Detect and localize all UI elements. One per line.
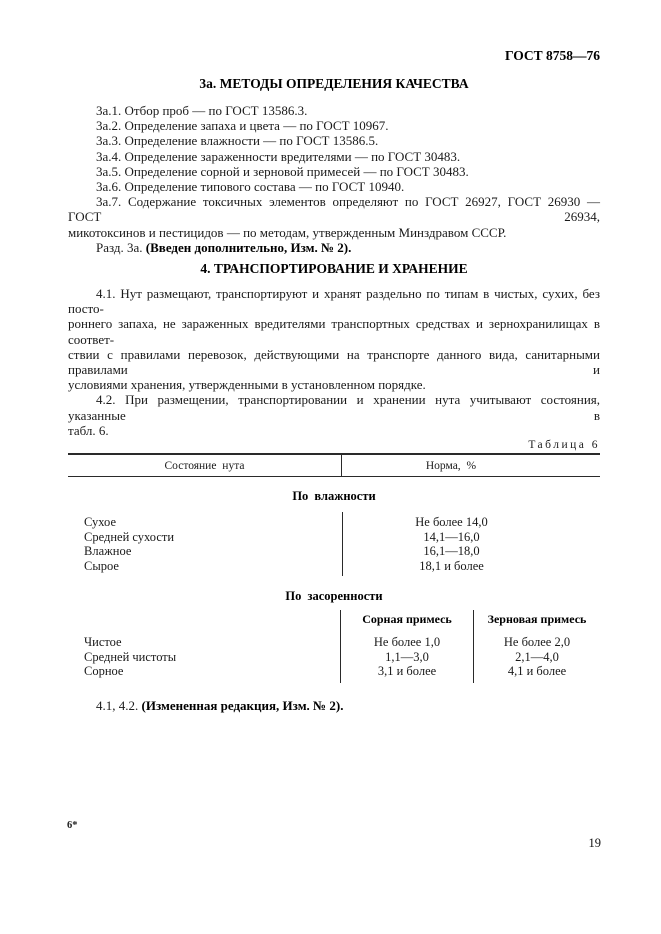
subtitle-contamination: По засоренности: [68, 589, 600, 603]
moisture-rows: Сухое Средней сухости Влажное Сырое Не б…: [68, 512, 600, 576]
moisture-state-medium: Средней сухости: [84, 530, 342, 545]
moisture-norm-column: Не более 14,0 14,1—16,0 16,1—18,0 18,1 и…: [342, 512, 600, 576]
clause-razd-3a: Разд. 3а. (Введен дополнительно, Изм. № …: [68, 240, 600, 255]
paragraph-4-1-line-2: роннего запаха, не зараженных вредителям…: [68, 316, 600, 346]
moisture-state-wet: Сырое: [84, 559, 342, 574]
weed-value-weedy: 3,1 и более: [341, 664, 473, 679]
paragraph-4-2: 4.2. При размещении, транспортировании и…: [68, 392, 600, 438]
table-header-row: Состояние нута Норма, %: [68, 453, 600, 477]
clause-3a-4: 3а.4. Определение зараженности вредителя…: [68, 149, 600, 164]
grain-value-weedy: 4,1 и более: [474, 664, 600, 679]
section-3a-title: 3а. МЕТОДЫ ОПРЕДЕЛЕНИЯ КАЧЕСТВА: [68, 76, 600, 91]
grain-value-medium: 2,1—4,0: [474, 650, 600, 665]
table-caption: Таблица 6: [68, 439, 600, 452]
clause-amendment-4-1-4-2: 4.1, 4.2. (Измененная редакция, Изм. № 2…: [68, 698, 600, 713]
weed-value-medium: 1,1—3,0: [341, 650, 473, 665]
razd-amendment-note: (Введен дополнительно, Изм. № 2).: [146, 240, 352, 255]
grain-admixture-column: Зерновая примесь Не более 2,0 2,1—4,0 4,…: [473, 610, 600, 683]
weed-admixture-column: Сорная примесь Не более 1,0 1,1—3,0 3,1 …: [340, 610, 473, 683]
clause-3a-5: 3а.5. Определение сорной и зерновой прим…: [68, 164, 600, 179]
contamination-state-clean: Чистое: [84, 635, 340, 650]
clause-3a-3: 3а.3. Определение влажности — по ГОСТ 13…: [68, 133, 600, 148]
doc-reference: ГОСТ 8758—76: [68, 48, 600, 63]
moisture-norm-moist: 16,1—18,0: [343, 544, 560, 559]
page-content: ГОСТ 8758—76 3а. МЕТОДЫ ОПРЕДЕЛЕНИЯ КАЧЕ…: [68, 0, 600, 713]
paragraph-4-2-line-1: 4.2. При размещении, транспортировании и…: [68, 392, 600, 422]
moisture-norm-wet: 18,1 и более: [343, 559, 560, 574]
paragraph-4-1: 4.1. Нут размещают, транспортируют и хра…: [68, 286, 600, 392]
grain-value-clean: Не более 2,0: [474, 635, 600, 650]
clause-3a-2: 3а.2. Определение запаха и цвета — по ГО…: [68, 118, 600, 133]
weed-value-clean: Не более 1,0: [341, 635, 473, 650]
contamination-state-column: Чистое Средней чистоты Сорное: [68, 610, 340, 683]
section-3a-body: 3а.1. Отбор проб — по ГОСТ 13586.3. 3а.2…: [68, 103, 600, 255]
column-header-weed-admixture: Сорная примесь: [341, 612, 473, 627]
clause-3a-7: 3а.7. Содержание токсичных элементов опр…: [68, 194, 600, 240]
moisture-norm-dry: Не более 14,0: [343, 515, 560, 530]
paragraph-4-1-line-3: ствии с правилами перевозок, действующим…: [68, 347, 600, 377]
column-header-state: Состояние нута: [68, 455, 342, 476]
clause-3a-7-line-1: 3а.7. Содержание токсичных элементов опр…: [68, 194, 600, 224]
signature-mark: 6*: [67, 820, 78, 831]
clause-3a-7-line-2: микотоксинов и пестицидов — по методам, …: [68, 225, 600, 240]
document-page: ГОСТ 8758—76 3а. МЕТОДЫ ОПРЕДЕЛЕНИЯ КАЧЕ…: [0, 0, 661, 934]
column-header-norm: Норма, %: [342, 455, 600, 476]
moisture-state-dry: Сухое: [84, 515, 342, 530]
contamination-state-medium: Средней чистоты: [84, 650, 340, 665]
moisture-norm-medium: 14,1—16,0: [343, 530, 560, 545]
contamination-state-weedy: Сорное: [84, 664, 340, 679]
clause-3a-1: 3а.1. Отбор проб — по ГОСТ 13586.3.: [68, 103, 600, 118]
amendment-prefix: 4.1, 4.2.: [96, 698, 142, 713]
moisture-state-moist: Влажное: [84, 544, 342, 559]
contamination-block: Чистое Средней чистоты Сорное Сорная при…: [68, 610, 600, 683]
clause-3a-6: 3а.6. Определение типового состава — по …: [68, 179, 600, 194]
paragraph-4-1-line-4: условиями хранения, утвержденными в уста…: [68, 377, 600, 392]
section-4-title: 4. ТРАНСПОРТИРОВАНИЕ И ХРАНЕНИЕ: [68, 261, 600, 276]
moisture-state-column: Сухое Средней сухости Влажное Сырое: [68, 512, 342, 576]
page-number: 19: [589, 836, 602, 851]
column-header-grain-admixture: Зерновая примесь: [474, 612, 600, 627]
amendment-note: (Измененная редакция, Изм. № 2).: [142, 698, 344, 713]
razd-prefix: Разд. 3а.: [96, 240, 146, 255]
subtitle-moisture: По влажности: [68, 489, 600, 503]
paragraph-4-1-line-1: 4.1. Нут размещают, транспортируют и хра…: [68, 286, 600, 316]
paragraph-4-2-line-2: табл. 6.: [68, 423, 600, 438]
table-6: Состояние нута Норма, % По влажности Сух…: [68, 453, 600, 683]
contamination-state-header-spacer: [84, 612, 340, 635]
